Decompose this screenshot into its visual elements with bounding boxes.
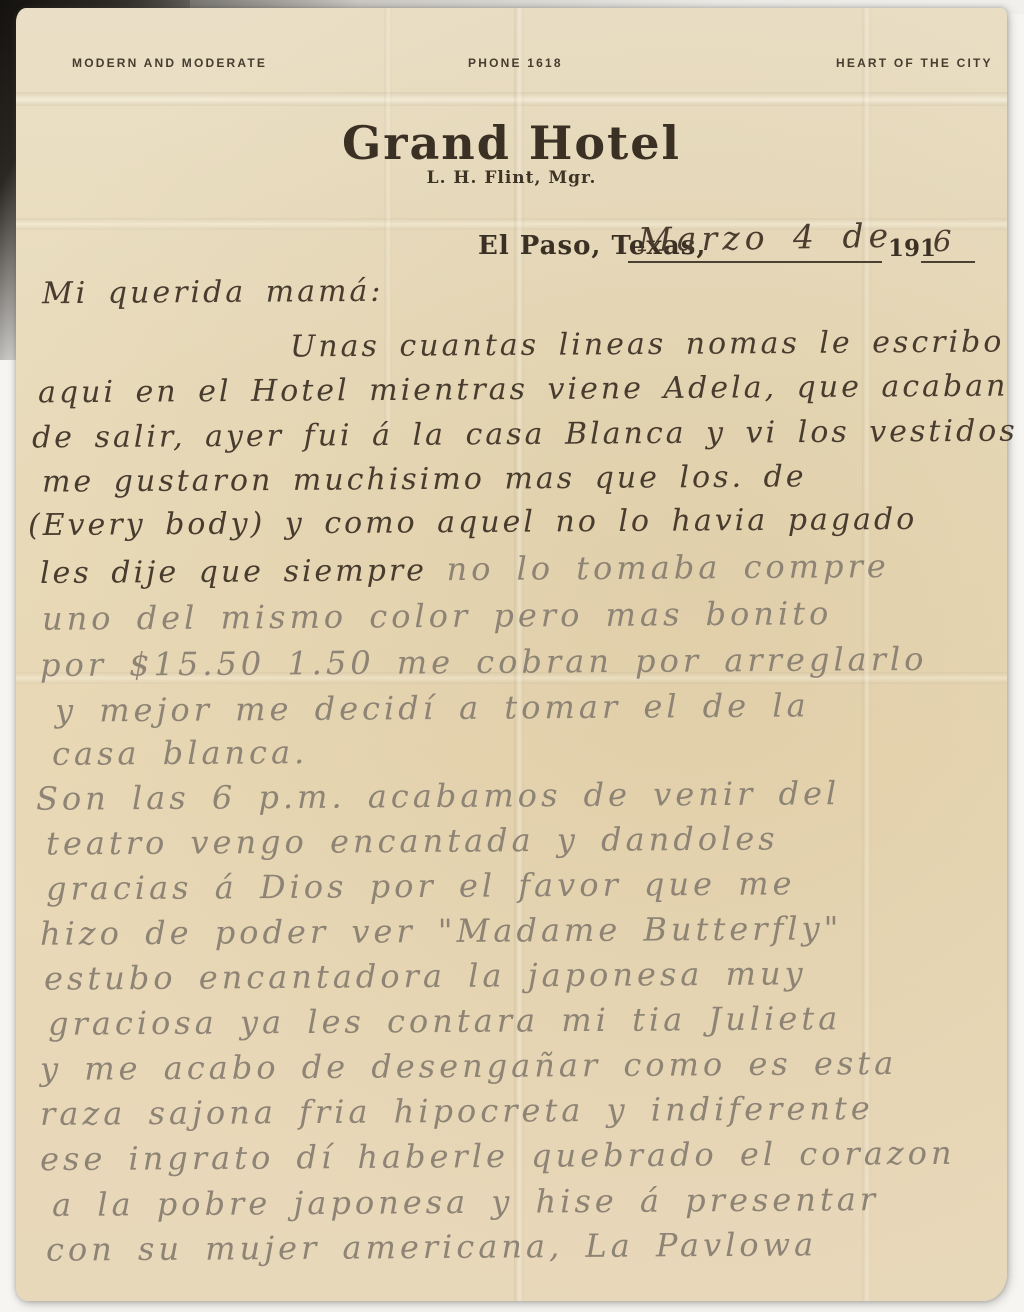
letter-page: MODERN AND MODERATE PHONE 1618 HEART OF … [16,8,1007,1301]
letterhead-slogan-left: MODERN AND MODERATE [72,56,267,70]
handwriting-segment: estubo encantadora la japonesa muy [44,954,807,997]
handwriting-line: teatro vengo encantada y dandoles [46,822,779,859]
handwriting-line: raza sajona fria hipocreta y indiferente [40,1092,874,1130]
handwriting-segment: aqui en el Hotel mientras viene Adela, q… [38,369,1009,411]
dateline-handwritten-date: Marzo 4 de [638,219,894,256]
handwriting-line: estubo encantadora la japonesa muy [44,957,807,994]
dateline-year-rule [921,261,975,263]
dateline-year-handwritten: 6 [933,227,951,256]
handwriting-line: uno del mismo color pero mas bonito [42,597,833,635]
handwriting-line: Son las 6 p.m. acabamos de venir del [36,777,840,815]
handwriting-line: a la pobre japonesa y hise á presentar [52,1183,879,1221]
handwriting-segment: Son las 6 p.m. acabamos de venir del [36,774,840,818]
handwriting-line: Unas cuantas lineas nomas le escribo [290,328,1005,363]
handwriting-line: ese ingrato dí haberle quebrado el coraz… [40,1137,956,1175]
handwriting-segment: de salir, ayer fui á la casa Blanca y vi… [32,414,1018,456]
handwriting-line: casa blanca. [52,736,308,770]
handwriting-line: aqui en el Hotel mientras viene Adela, q… [38,372,1009,409]
handwriting-segment: hizo de poder ver "Madame Butterfly" [40,909,843,953]
handwriting-segment: graciosa ya les contara mi tia Julieta [48,999,841,1043]
handwriting-line: les dije que siempre no lo tomaba compre [40,550,890,589]
handwriting-line: Mi querida mamá: [42,277,384,309]
handwriting-line: y mejor me decidí a tomar el de la [55,689,810,726]
fold-crease-vertical-left [384,8,392,428]
handwriting-segment: a la pobre japonesa y hise á presentar [52,1180,879,1224]
letterhead-phone: PHONE 1618 [468,56,563,70]
handwriting-line: y me acabo de desengañar como es esta [40,1047,897,1085]
handwriting-segment: teatro vengo encantada y dandoles [46,819,779,862]
letterhead-slogan-right: HEART OF THE CITY [836,56,993,70]
handwriting-segment: y mejor me decidí a tomar el de la [55,686,810,729]
handwriting-segment: Mi querida mamá: [42,274,384,311]
dateline-year-printed: 191 [888,235,936,262]
handwriting-segment: gracias á Dios por el favor que me [46,864,796,907]
handwriting-line: por $15.50 1.50 me cobran por arreglarlo [40,643,928,681]
hotel-name: Grand Hotel [16,120,1007,166]
handwriting-segment: no lo tomaba compre [446,547,890,588]
handwriting-line: me gustaron muchisimo mas que los. de [42,462,807,497]
handwriting-segment: (Every body) y como aquel no lo havia pa… [28,502,917,543]
handwriting-segment: con su mujer americana, La Pavlowa [46,1225,817,1268]
manager-line: L. H. Flint, Mgr. [16,168,1007,188]
handwriting-line: hizo de poder ver "Madame Butterfly" [40,912,843,950]
handwriting-segment: casa blanca. [52,733,309,773]
handwriting-line: (Every body) y como aquel no lo havia pa… [28,505,917,541]
handwriting-segment: uno del mismo color pero mas bonito [42,594,833,638]
handwriting-line: de salir, ayer fui á la casa Blanca y vi… [32,417,1018,454]
handwriting-segment: Unas cuantas lineas nomas le escribo [290,325,1005,365]
handwriting-segment: por $15.50 1.50 me cobran por arreglarlo [40,640,928,684]
handwriting-segment: y me acabo de desengañar como es esta [40,1044,897,1088]
handwriting-segment: raza sajona fria hipocreta y indiferente [40,1089,874,1133]
fold-crease-horizontal-top [16,92,1007,106]
handwriting-line: gracias á Dios por el favor que me [46,867,796,904]
handwriting-segment: ese ingrato dí haberle quebrado el coraz… [40,1134,956,1178]
handwriting-segment: les dije que siempre [40,553,447,591]
handwriting-line: graciosa ya les contara mi tia Julieta [48,1002,841,1040]
dateline-rule [628,261,882,263]
handwriting-segment: me gustaron muchisimo mas que los. de [42,459,807,499]
handwriting-line: con su mujer americana, La Pavlowa [46,1228,817,1265]
